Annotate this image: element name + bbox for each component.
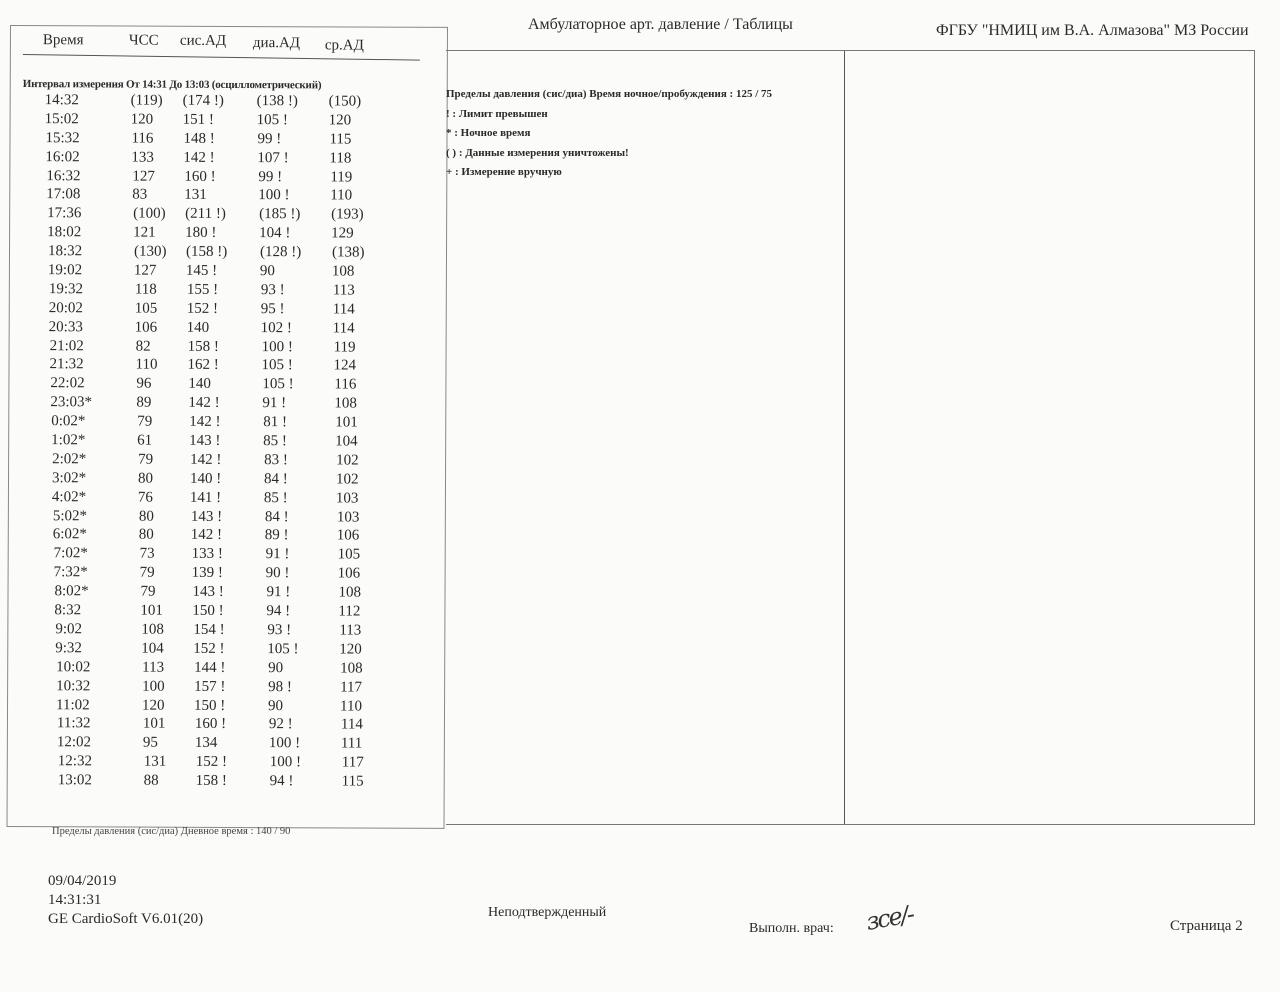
table-row: 2:02*79142 !83 !102 <box>9 451 445 472</box>
table-row: 10:02113144 !90108 <box>8 659 444 680</box>
cell-diastolic: 93 ! <box>261 282 285 299</box>
cell-heart-rate: 131 <box>144 754 167 771</box>
cell-heart-rate: (119) <box>131 93 163 110</box>
table-row: 3:02*80140 !84 !102 <box>9 470 445 491</box>
cell-mean: 115 <box>329 131 351 148</box>
cell-mean: 106 <box>338 566 361 583</box>
cell-diastolic: 100 ! <box>269 735 300 752</box>
cell-diastolic: 90 <box>268 698 283 715</box>
print-date: 09/04/2019 <box>48 872 203 891</box>
cell-time: 21:32 <box>49 357 83 374</box>
cell-heart-rate: (130) <box>134 244 167 261</box>
cell-mean: 119 <box>330 169 352 186</box>
cell-heart-rate: 80 <box>139 527 154 544</box>
table-row: 12:0295134100 !111 <box>8 734 444 755</box>
cell-diastolic: 94 ! <box>266 603 290 620</box>
cell-time: 5:02* <box>53 508 87 525</box>
cell-mean: 129 <box>331 226 354 243</box>
cell-mean: 102 <box>336 471 359 488</box>
cell-systolic: 143 ! <box>189 433 220 450</box>
cell-systolic: 140 <box>188 376 211 393</box>
cell-heart-rate: 61 <box>137 433 152 450</box>
cell-diastolic: 105 ! <box>267 641 298 658</box>
cell-heart-rate: 79 <box>137 414 152 431</box>
cell-mean: (150) <box>329 93 362 110</box>
cell-diastolic: 84 ! <box>264 471 288 488</box>
cell-time: 8:02* <box>54 583 88 600</box>
cell-diastolic: 81 ! <box>263 414 287 431</box>
cell-time: 16:32 <box>46 168 80 185</box>
cell-mean: 114 <box>341 717 363 734</box>
cell-time: 9:32 <box>55 640 82 657</box>
cell-time: 8:32 <box>54 602 81 619</box>
cell-diastolic: 91 ! <box>266 546 290 563</box>
cell-time: 18:02 <box>47 224 81 241</box>
measurement-table: Время ЧСС сис.АД диа.АД ср.АД Интервал и… <box>7 25 448 829</box>
cell-diastolic: 89 ! <box>265 528 289 545</box>
cell-heart-rate: 79 <box>140 565 155 582</box>
cell-time: 20:33 <box>49 319 83 336</box>
cell-diastolic: 100 ! <box>270 754 301 771</box>
table-row: 12:32131152 !100 !117 <box>8 753 444 774</box>
cell-mean: 106 <box>337 528 360 545</box>
cell-heart-rate: 113 <box>142 659 164 676</box>
cell-diastolic: 100 ! <box>262 339 293 356</box>
cell-diastolic: 95 ! <box>261 301 285 318</box>
cell-diastolic: 99 ! <box>258 169 282 186</box>
cell-mean: 111 <box>341 736 362 753</box>
legend-item-data-discarded: ( ) : Данные измерения уничтожены! <box>446 144 772 164</box>
table-row: 18:02121180 !104 !129 <box>10 224 446 245</box>
cell-systolic: 158 ! <box>188 338 219 355</box>
cell-heart-rate: 83 <box>132 187 147 204</box>
cell-heart-rate: 118 <box>135 281 157 298</box>
table-row: 19:02127145 !90108 <box>10 262 446 283</box>
cell-time: 17:36 <box>47 206 81 223</box>
cell-mean: 116 <box>334 377 356 394</box>
cell-diastolic: 105 ! <box>262 376 293 393</box>
cell-heart-rate: 133 <box>131 149 154 166</box>
cell-diastolic: 90 <box>260 263 275 280</box>
report-status: Неподтвержденный <box>488 905 606 921</box>
cell-diastolic: (185 !) <box>259 206 300 223</box>
cell-time: 11:32 <box>57 716 91 733</box>
column-header-mean: ср.АД <box>325 37 364 54</box>
cell-systolic: 145 ! <box>186 263 217 280</box>
cell-mean: (138) <box>332 245 365 262</box>
table-row: 11:02120150 !90110 <box>8 696 444 717</box>
table-row: 1:02*61143 !85 !104 <box>9 432 445 453</box>
cell-mean: 101 <box>335 415 358 432</box>
cell-mean: 113 <box>333 282 355 299</box>
cell-time: 12:32 <box>58 753 92 770</box>
table-row: 21:32110162 !105 !124 <box>9 356 445 377</box>
night-limits: Пределы давления (сис/диа) Время ночное/… <box>446 85 772 105</box>
cell-diastolic: 105 ! <box>257 112 288 129</box>
cell-heart-rate: 116 <box>131 130 153 147</box>
cell-time: 4:02* <box>52 489 86 506</box>
doctor-signature: зсе/- <box>864 900 915 936</box>
table-row: 19:32118155 !93 !113 <box>10 281 446 302</box>
cell-diastolic: 92 ! <box>269 717 293 734</box>
table-row: 5:02*80143 !84 !103 <box>9 508 445 529</box>
table-row: 4:02*76141 !85 !103 <box>9 489 445 510</box>
cell-time: 17:08 <box>46 187 80 204</box>
cell-systolic: 155 ! <box>187 282 218 299</box>
cell-time: 19:32 <box>49 281 83 298</box>
cell-diastolic: 105 ! <box>261 358 292 375</box>
cell-diastolic: 90 <box>268 660 283 677</box>
cell-diastolic: 85 ! <box>263 433 287 450</box>
table-row: 9:02108154 !93 !113 <box>8 621 444 642</box>
cell-systolic: 142 ! <box>183 149 214 166</box>
cell-systolic: 180 ! <box>185 225 216 242</box>
table-row: 21:0282158 !100 !119 <box>10 338 446 359</box>
table-row: 17:0883131100 !110 <box>10 186 446 207</box>
cell-diastolic: 100 ! <box>258 188 289 205</box>
cell-heart-rate: 79 <box>140 584 155 601</box>
cell-diastolic: 83 ! <box>264 452 288 469</box>
column-header-time: Время <box>43 32 84 49</box>
cell-heart-rate: 127 <box>132 168 155 185</box>
cell-diastolic: 93 ! <box>267 622 291 639</box>
cell-diastolic: 107 ! <box>257 150 288 167</box>
cell-diastolic: 91 ! <box>266 584 290 601</box>
cell-mean: 108 <box>332 263 355 280</box>
table-row: 8:32101150 !94 !112 <box>8 602 444 623</box>
cell-heart-rate: 105 <box>135 300 158 317</box>
cell-systolic: (211 !) <box>185 206 226 223</box>
cell-heart-rate: 95 <box>143 735 158 752</box>
doctor-label: Выполн. врач: <box>749 921 834 937</box>
cell-diastolic: (138 !) <box>257 93 298 110</box>
cell-time: 9:02 <box>55 621 82 638</box>
cell-time: 19:02 <box>48 262 82 279</box>
cell-mean: 112 <box>338 603 360 620</box>
cell-time: 15:32 <box>45 130 79 147</box>
cell-time: 7:02* <box>54 546 88 563</box>
cell-diastolic: 99 ! <box>257 131 281 148</box>
column-header-heart-rate: ЧСС <box>129 33 159 50</box>
cell-heart-rate: 110 <box>135 357 157 374</box>
cell-time: 18:32 <box>48 243 82 260</box>
measurement-interval: Интервал измерения От 14:31 До 13:03 (ос… <box>23 78 322 91</box>
cell-systolic: 142 ! <box>190 452 221 469</box>
table-row: 15:32116148 !99 !115 <box>10 130 446 151</box>
table-row: 7:32*79139 !90 !106 <box>9 564 445 585</box>
cell-systolic: 152 ! <box>196 754 227 771</box>
table-row: 18:32(130)(158 !)(128 !)(138) <box>10 243 446 264</box>
cell-systolic: 142 ! <box>189 414 220 431</box>
cell-diastolic: 84 ! <box>265 509 289 526</box>
cell-systolic: 150 ! <box>194 697 225 714</box>
cell-systolic: 154 ! <box>193 622 224 639</box>
table-row: 6:02*80142 !89 !106 <box>9 526 445 547</box>
cell-heart-rate: (100) <box>133 206 166 223</box>
table-row: 20:33106140102 !114 <box>10 319 446 340</box>
cell-systolic: 141 ! <box>190 489 221 506</box>
cell-mean: (193) <box>331 207 364 224</box>
cell-mean: 108 <box>340 660 363 677</box>
cell-time: 12:02 <box>57 734 91 751</box>
print-time: 14:31:31 <box>48 891 203 910</box>
cell-mean: 108 <box>338 585 361 602</box>
table-body: 14:32(119)(174 !)(138 !)(150)15:02120151… <box>8 92 447 793</box>
cell-mean: 120 <box>329 112 352 129</box>
table-row: 22:0296140105 !116 <box>9 375 445 396</box>
table-row: 16:02133142 !107 !118 <box>10 149 446 170</box>
cell-mean: 114 <box>333 301 355 318</box>
cell-systolic: 160 ! <box>195 716 226 733</box>
table-row: 7:02*73133 !91 !105 <box>9 545 445 566</box>
cell-systolic: 139 ! <box>192 565 223 582</box>
cell-time: 21:02 <box>50 338 84 355</box>
cell-mean: 114 <box>333 320 355 337</box>
cell-mean: 113 <box>339 622 361 639</box>
cell-diastolic: 91 ! <box>262 395 286 412</box>
cell-mean: 117 <box>340 679 362 696</box>
cell-time: 6:02* <box>53 527 87 544</box>
cell-heart-rate: 120 <box>142 697 165 714</box>
cell-diastolic: (128 !) <box>260 244 301 261</box>
cell-heart-rate: 79 <box>138 451 153 468</box>
cell-systolic: 162 ! <box>187 357 218 374</box>
cell-heart-rate: 127 <box>134 263 157 280</box>
cell-systolic: 148 ! <box>183 131 214 148</box>
cell-mean: 105 <box>338 547 361 564</box>
legend: Пределы давления (сис/диа) Время ночное/… <box>446 85 772 183</box>
cell-heart-rate: 80 <box>138 470 153 487</box>
table-row: 0:02*79142 !81 !101 <box>9 413 445 434</box>
cell-heart-rate: 120 <box>131 111 154 128</box>
page-number: Страница 2 <box>1170 918 1243 935</box>
table-row: 13:0288158 !94 !115 <box>8 772 444 793</box>
column-header-systolic: сис.АД <box>180 33 226 50</box>
cell-systolic: 143 ! <box>191 508 222 525</box>
header-divider <box>23 54 420 61</box>
table-row: 10:32100157 !98 !117 <box>8 678 444 699</box>
cell-heart-rate: 104 <box>141 640 164 657</box>
cell-heart-rate: 121 <box>133 225 156 242</box>
cell-time: 11:02 <box>56 697 90 714</box>
software-version: GE CardioSoft V6.01(20) <box>48 910 203 929</box>
cell-mean: 102 <box>336 452 359 469</box>
cell-systolic: 140 <box>187 319 210 336</box>
cell-systolic: 143 ! <box>192 584 223 601</box>
cell-heart-rate: 89 <box>136 395 151 412</box>
cell-systolic: 157 ! <box>194 678 225 695</box>
cell-time: 0:02* <box>51 413 85 430</box>
cell-systolic: 142 ! <box>188 395 219 412</box>
cell-heart-rate: 73 <box>140 546 155 563</box>
panel-divider <box>844 51 845 824</box>
report-title: Амбулаторное арт. давление / Таблицы <box>528 16 793 34</box>
print-info: 09/04/2019 14:31:31 GE CardioSoft V6.01(… <box>48 872 203 929</box>
cell-time: 16:02 <box>45 149 79 166</box>
cell-diastolic: 94 ! <box>270 773 294 790</box>
cell-time: 14:32 <box>45 92 79 109</box>
cell-heart-rate: 80 <box>139 508 154 525</box>
cell-systolic: 158 ! <box>196 773 227 790</box>
cell-mean: 108 <box>334 396 357 413</box>
cell-mean: 104 <box>335 433 358 450</box>
cell-time: 1:02* <box>51 432 85 449</box>
table-row: 8:02*79143 !91 !108 <box>8 583 444 604</box>
cell-time: 20:02 <box>49 300 83 317</box>
cell-systolic: 152 ! <box>187 301 218 318</box>
cell-heart-rate: 108 <box>141 622 164 639</box>
cell-systolic: 160 ! <box>184 168 215 185</box>
cell-mean: 103 <box>336 490 359 507</box>
cell-systolic: (174 !) <box>183 93 224 110</box>
cell-systolic: 131 <box>184 187 207 204</box>
table-row: 14:32(119)(174 !)(138 !)(150) <box>11 92 447 113</box>
cell-systolic: (158 !) <box>186 244 227 261</box>
cell-time: 22:02 <box>50 376 84 393</box>
cell-mean: 103 <box>337 509 360 526</box>
cell-diastolic: 90 ! <box>266 565 290 582</box>
cell-systolic: 144 ! <box>194 660 225 677</box>
table-row: 17:36(100)(211 !)(185 !)(193) <box>10 205 446 226</box>
cell-heart-rate: 76 <box>138 489 153 506</box>
cell-systolic: 150 ! <box>192 603 223 620</box>
cell-diastolic: 98 ! <box>268 679 292 696</box>
cell-heart-rate: 96 <box>136 376 151 393</box>
cell-systolic: 152 ! <box>193 641 224 658</box>
cell-mean: 110 <box>340 698 362 715</box>
cell-time: 2:02* <box>52 451 86 468</box>
cell-time: 13:02 <box>58 772 92 789</box>
cell-mean: 117 <box>342 755 364 772</box>
legend-item-night-time: * : Ночное время <box>446 124 772 144</box>
table-row: 23:03*89142 !91 !108 <box>9 394 445 415</box>
cell-diastolic: 102 ! <box>261 320 292 337</box>
cell-mean: 120 <box>339 641 362 658</box>
cell-diastolic: 104 ! <box>259 225 290 242</box>
cell-mean: 118 <box>329 150 351 167</box>
table-row: 16:32127160 !99 !119 <box>10 168 446 189</box>
table-row: 15:02120151 !105 !120 <box>11 111 447 132</box>
table-row: 11:32101160 !92 !114 <box>8 715 444 736</box>
cell-time: 15:02 <box>45 111 79 128</box>
cell-heart-rate: 106 <box>135 319 158 336</box>
table-row: 9:32104152 !105 !120 <box>8 640 444 661</box>
cell-heart-rate: 101 <box>143 716 166 733</box>
cell-mean: 110 <box>330 188 352 205</box>
institution-name: ФГБУ "НМИЦ им В.А. Алмазова" МЗ России <box>936 22 1249 40</box>
cell-systolic: 134 <box>195 735 218 752</box>
column-header-diastolic: диа.АД <box>253 35 300 52</box>
cell-time: 10:02 <box>56 659 90 676</box>
cell-heart-rate: 101 <box>140 603 163 620</box>
cell-systolic: 133 ! <box>192 546 223 563</box>
cell-mean: 124 <box>333 358 356 375</box>
cell-systolic: 140 ! <box>190 471 221 488</box>
cell-time: 3:02* <box>52 470 86 487</box>
cell-diastolic: 85 ! <box>264 490 288 507</box>
cell-time: 23:03* <box>50 394 92 411</box>
legend-item-limit-exceeded: ! : Лимит превышен <box>446 105 772 125</box>
cell-heart-rate: 82 <box>136 338 151 355</box>
cell-systolic: 142 ! <box>191 527 222 544</box>
cell-heart-rate: 100 <box>142 678 165 695</box>
cell-systolic: 151 ! <box>183 112 214 129</box>
legend-panel: Пределы давления (сис/диа) Время ночное/… <box>446 50 1255 825</box>
cell-time: 7:32* <box>54 564 88 581</box>
cell-heart-rate: 88 <box>144 773 159 790</box>
cell-mean: 119 <box>334 339 356 356</box>
table-row: 20:02105152 !95 !114 <box>10 300 446 321</box>
day-limits: Пределы давления (сис/диа) Дневное время… <box>52 826 290 837</box>
cell-time: 10:32 <box>56 678 90 695</box>
cell-mean: 115 <box>342 774 364 791</box>
legend-item-manual-measurement: + : Измерение вручную <box>446 163 772 183</box>
